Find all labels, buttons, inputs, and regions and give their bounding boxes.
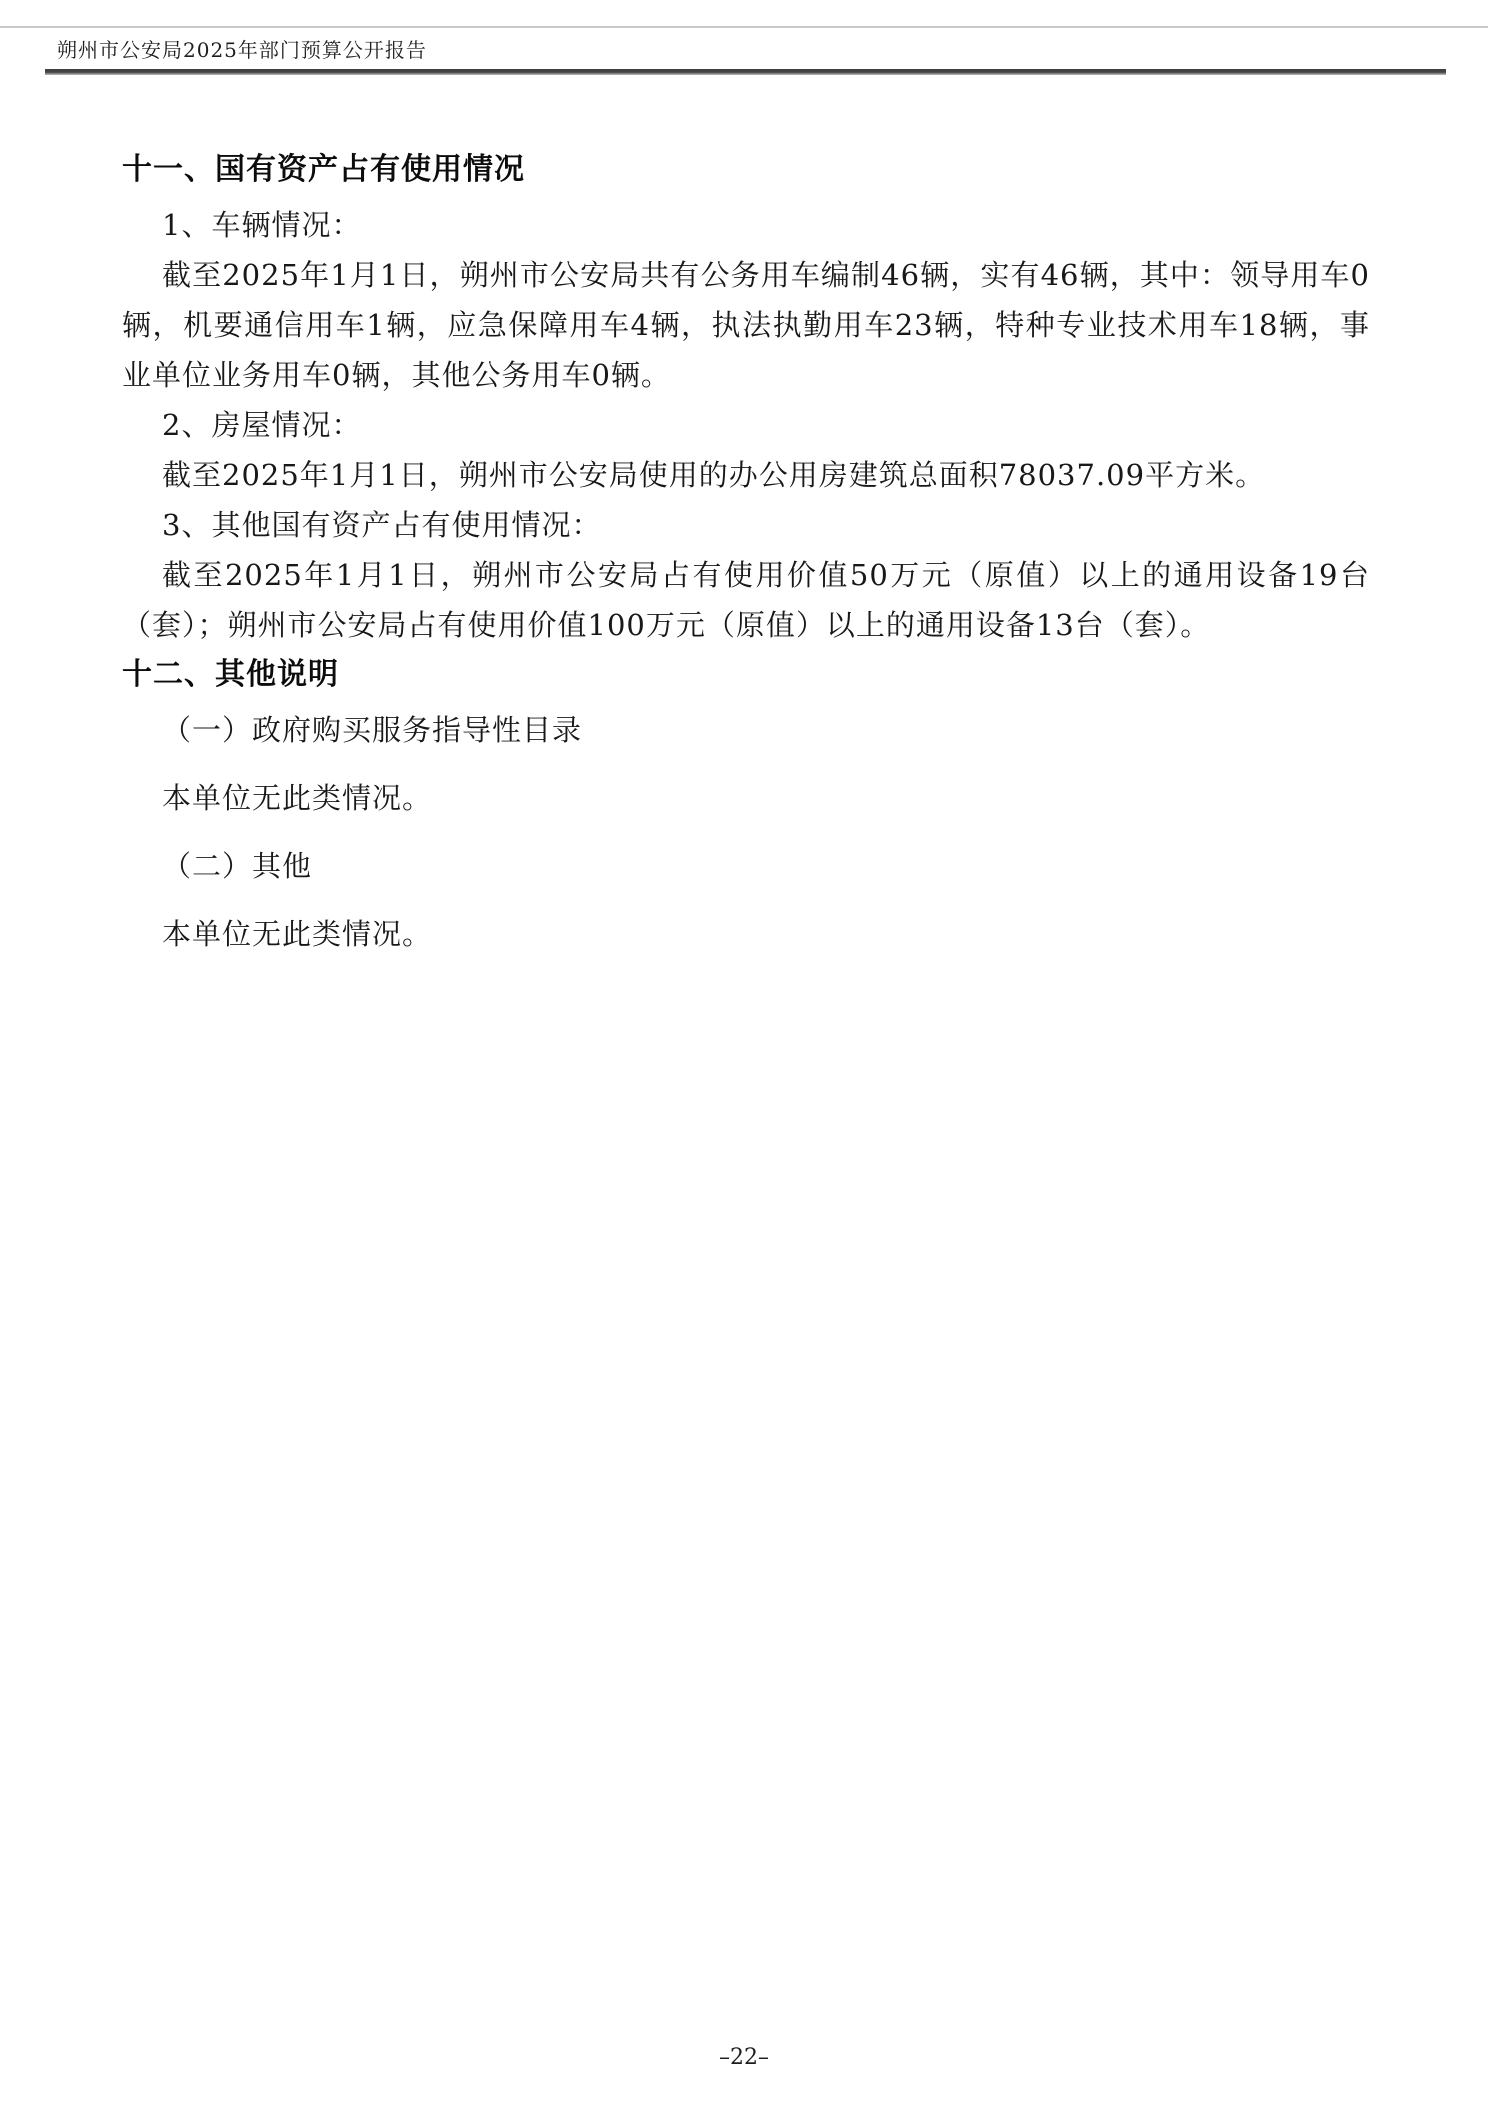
other-assets-paragraph: 截至2025年1月1日，朔州市公安局占有使用价值50万元（原值）以上的通用设备1… [122,550,1370,650]
page-footer: –22– [0,2045,1488,2070]
vehicles-subheading: 1、车辆情况： [122,200,1370,250]
section-11-heading: 十一、国有资产占有使用情况 [122,145,1370,195]
running-header: 朔州市公安局2025年部门预算公开报告 [57,34,427,63]
item2-body: 本单位无此类情况。 [122,909,1370,959]
document-body: 十一、国有资产占有使用情况 1、车辆情况： 截至2025年1月1日，朔州市公安局… [122,145,1370,959]
item1-title: （一）政府购买服务指导性目录 [122,705,1370,755]
housing-paragraph: 截至2025年1月1日，朔州市公安局使用的办公用房建筑总面积78037.09平方… [122,450,1370,500]
document-page: 朔州市公安局2025年部门预算公开报告 十一、国有资产占有使用情况 1、车辆情况… [0,0,1488,2104]
header-rule-divider [45,69,1446,75]
item2-title: （二）其他 [122,841,1370,891]
page-top-edge-line [0,26,1488,28]
housing-subheading: 2、房屋情况： [122,400,1370,450]
item1-body: 本单位无此类情况。 [122,773,1370,823]
other-assets-subheading: 3、其他国有资产占有使用情况： [122,500,1370,550]
section-12-heading: 十二、其他说明 [122,650,1370,700]
page-number: –22– [719,2045,769,2070]
vehicles-paragraph: 截至2025年1月1日，朔州市公安局共有公务用车编制46辆，实有46辆，其中：领… [122,250,1370,400]
